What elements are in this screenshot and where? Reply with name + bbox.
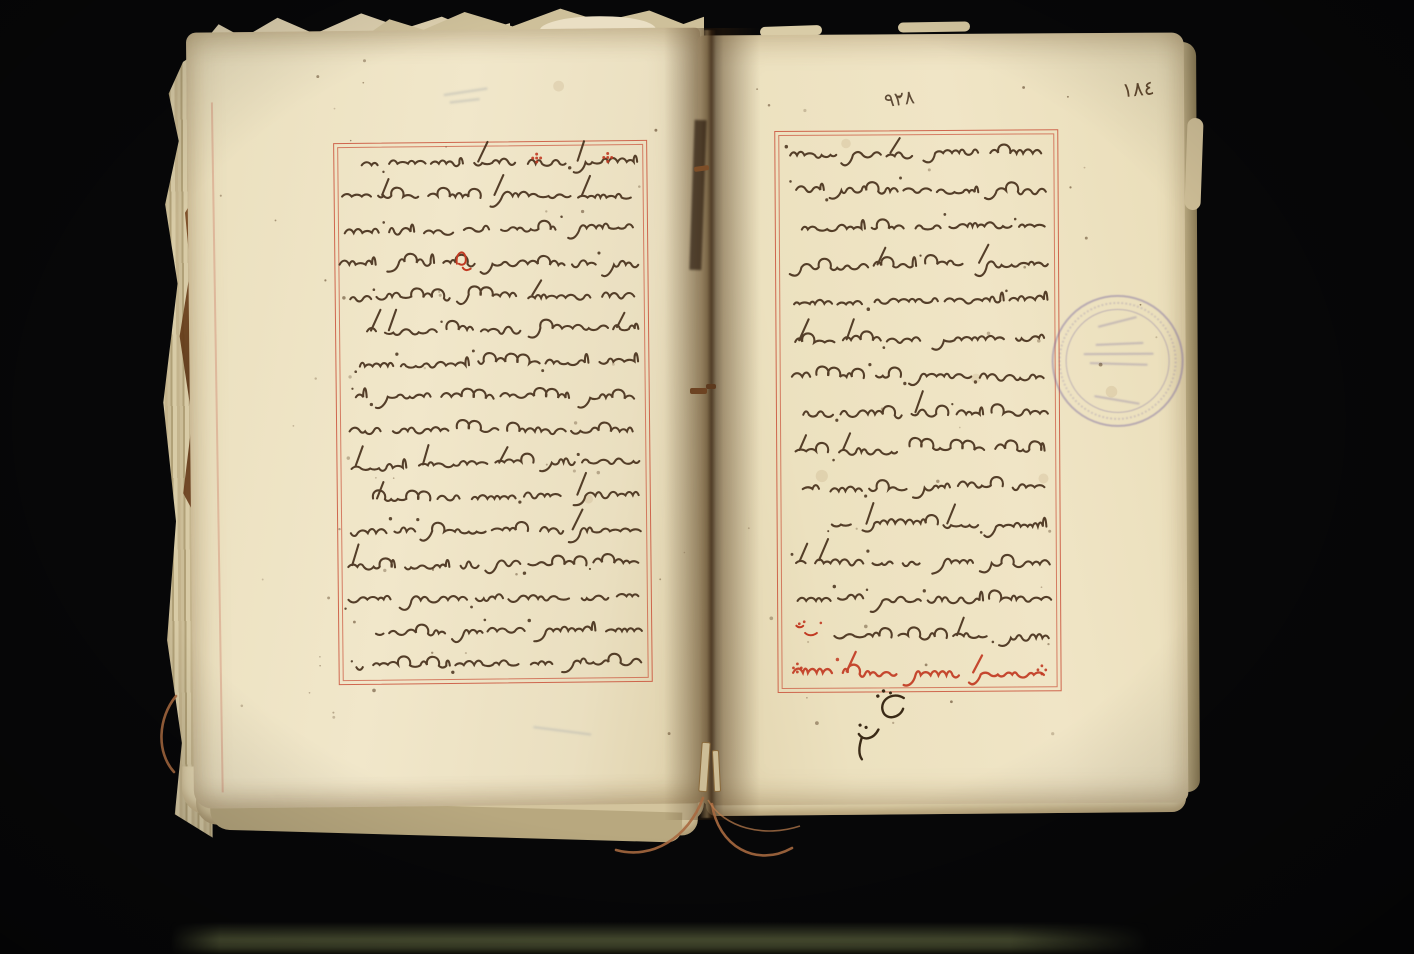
stamp-illegible-text	[1096, 342, 1144, 346]
ghost-show-through	[533, 726, 591, 735]
right-text-block	[784, 137, 1053, 687]
library-stamp	[1051, 295, 1184, 428]
stamp-illegible-text	[1090, 362, 1148, 366]
stamp-illegible-text	[1094, 395, 1140, 405]
sewing-stub	[690, 388, 707, 394]
header-numeral: ٩٢٨	[883, 86, 916, 112]
sewing-stub	[706, 384, 716, 389]
table-edge-highlight	[170, 922, 1170, 954]
margin-rule-show-through	[211, 102, 223, 792]
manuscript-photograph: ٩٢٨ ١٨٤	[0, 0, 1414, 954]
left-text-block	[343, 148, 645, 679]
folio-number: ١٨٤	[1121, 75, 1155, 102]
stamp-illegible-text	[1098, 316, 1137, 328]
right-page: ٩٢٨ ١٨٤	[698, 33, 1189, 806]
left-page	[186, 27, 708, 808]
paper-edge	[1184, 118, 1203, 211]
ghost-show-through	[444, 88, 488, 97]
ghost-show-through	[450, 98, 480, 103]
paper-edge	[898, 21, 970, 32]
stamp-illegible-text	[1084, 353, 1154, 356]
